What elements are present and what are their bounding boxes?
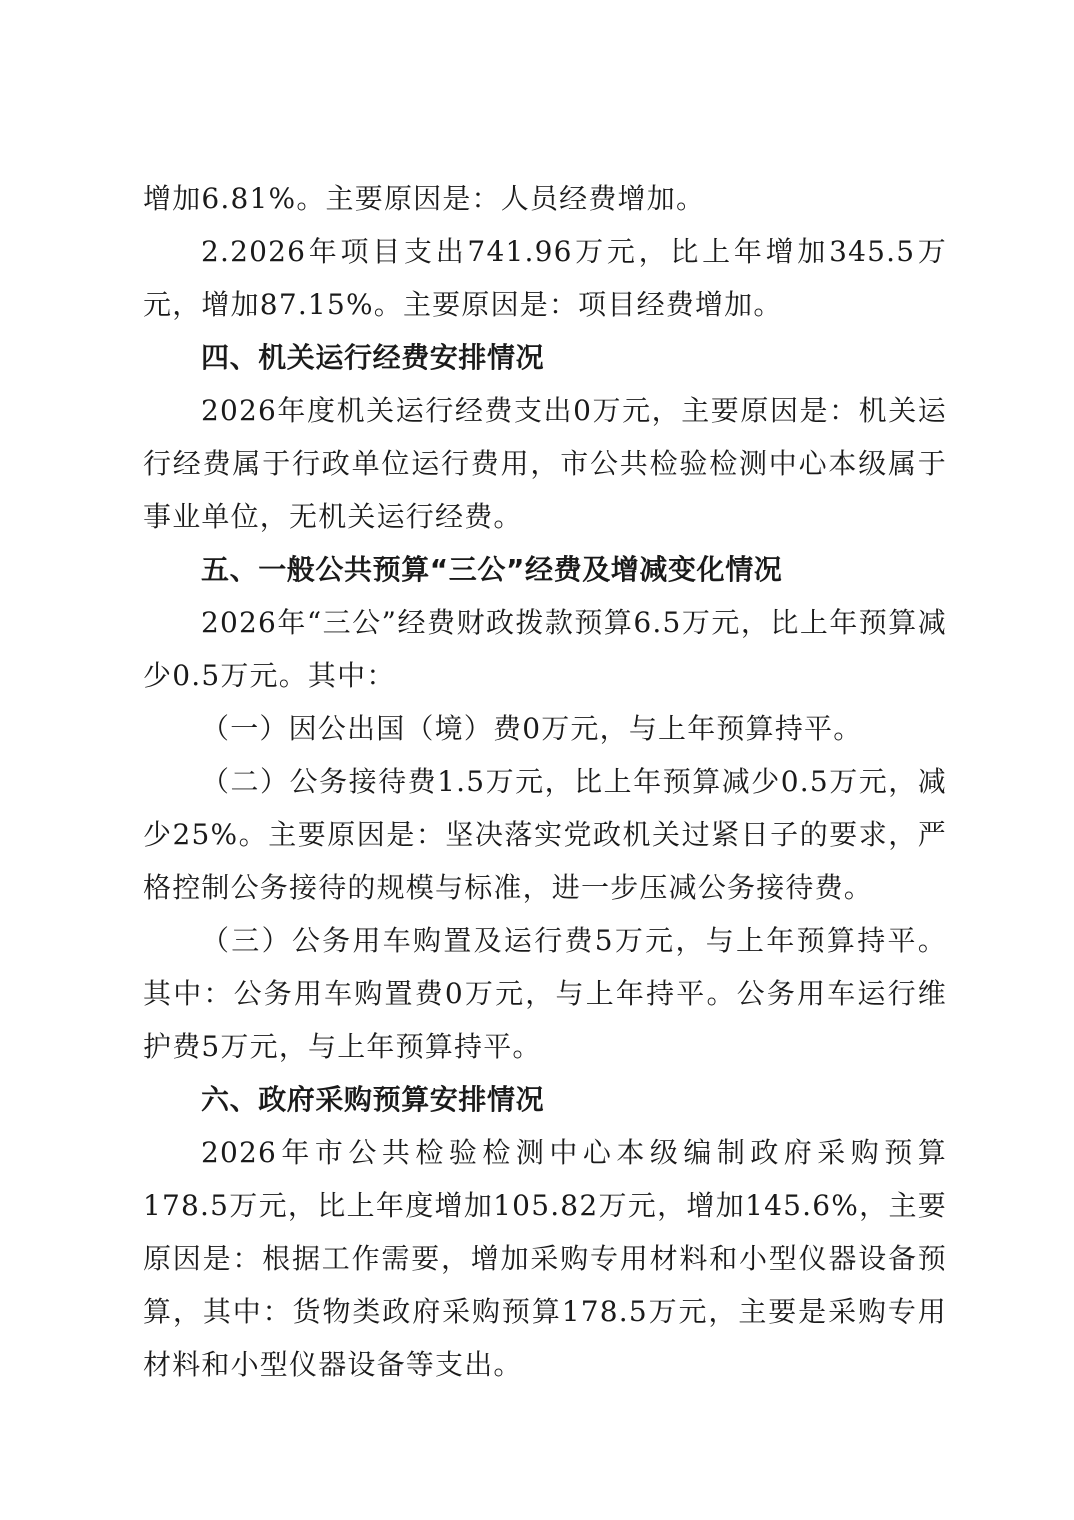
- paragraph-three-public-total: 2026年“三公”经费财政拨款预算6.5万元，比上年预算减少0.5万元。其中：: [143, 596, 947, 702]
- section-heading-government-procurement: 六、政府采购预算安排情况: [143, 1073, 947, 1126]
- paragraph-government-procurement: 2026年市公共检验检测中心本级编制政府采购预算178.5万元，比上年度增加10…: [143, 1126, 947, 1391]
- paragraph-continuation: 增加6.81%。主要原因是：人员经费增加。: [143, 172, 947, 225]
- section-heading-agency-operating-costs: 四、机关运行经费安排情况: [143, 331, 947, 384]
- paragraph-project-expenditure: 2.2026年项目支出741.96万元，比上年增加345.5万元，增加87.15…: [143, 225, 947, 331]
- section-heading-three-public-expenses: 五、一般公共预算“三公”经费及增减变化情况: [143, 543, 947, 596]
- paragraph-agency-operating-costs: 2026年度机关运行经费支出0万元，主要原因是：机关运行经费属于行政单位运行费用…: [143, 384, 947, 543]
- document-page: 增加6.81%。主要原因是：人员经费增加。 2.2026年项目支出741.96万…: [143, 172, 947, 1391]
- paragraph-overseas-travel: （一）因公出国（境）费0万元，与上年预算持平。: [143, 702, 947, 755]
- paragraph-official-vehicles: （三）公务用车购置及运行费5万元，与上年预算持平。其中：公务用车购置费0万元，与…: [143, 914, 947, 1073]
- paragraph-official-reception: （二）公务接待费1.5万元，比上年预算减少0.5万元，减少25%。主要原因是：坚…: [143, 755, 947, 914]
